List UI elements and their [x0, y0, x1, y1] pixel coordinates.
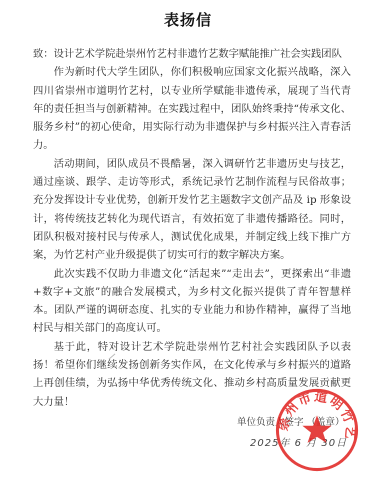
official-seal-icon: 崇州市道明竹艺村 [274, 387, 360, 473]
letter-body: 致：设计艺术学院赴崇州竹艺村非遗竹艺数字赋能推广社会实践团队 作为新时代大学生团… [33, 45, 351, 411]
paragraph-1: 作为新时代大学生团队，你们积极响应国家文化振兴战略，深入四川省崇州市道明竹艺村，… [33, 63, 351, 154]
paragraph-3: 此次实践不仅助力非遗文化“活起来”“走出去”，更探索出“非遗+数字+文旅”的融合… [33, 265, 351, 338]
salutation: 致：设计艺术学院赴崇州竹艺村非遗竹艺数字赋能推广社会实践团队 [33, 45, 351, 63]
letter-title: 表扬信 [0, 9, 376, 30]
paragraph-2: 活动期间，团队成员不畏酷暑，深入调研竹艺非遗历史与技艺，通过座谈、跟学、走访等形… [33, 155, 351, 265]
